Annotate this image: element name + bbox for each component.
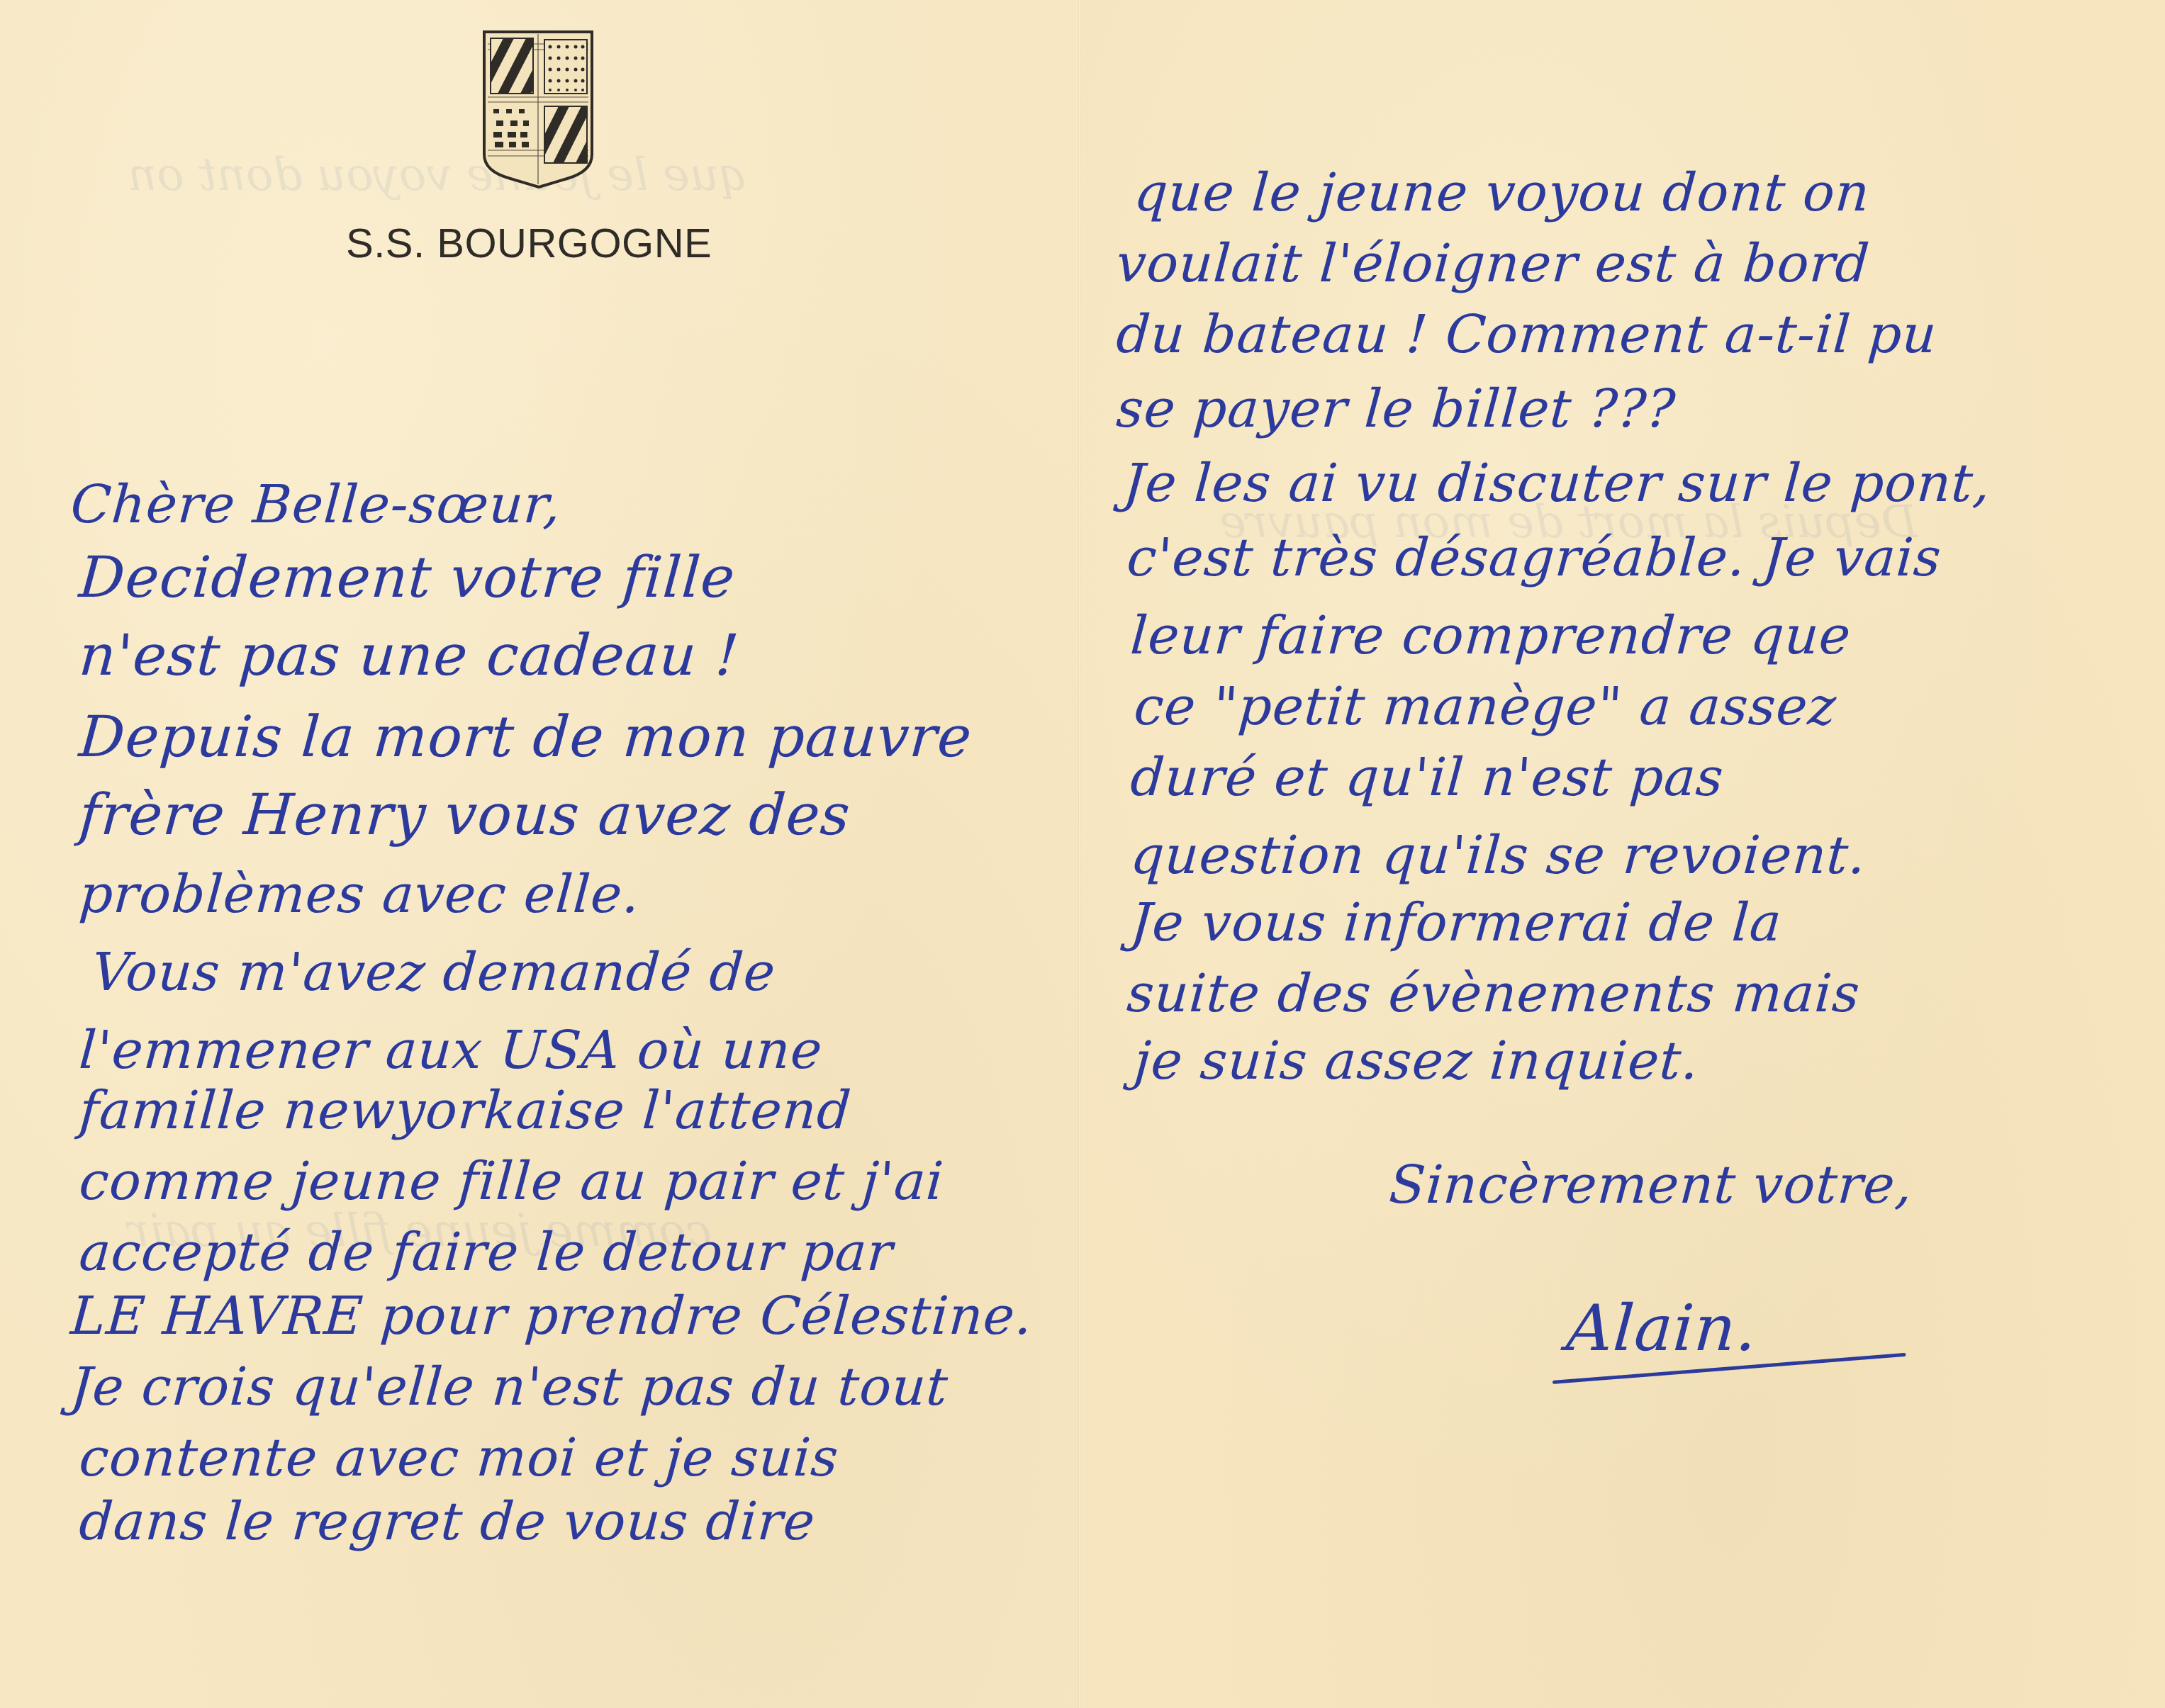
letter-line: c'est très désagréable. Je vais	[1125, 532, 1943, 584]
letter-line: frère Henry vous avez des	[77, 787, 852, 843]
letter-line: Vous m'avez demandé de	[90, 946, 777, 999]
letter-line: se payer le billet ???	[1114, 383, 1677, 435]
letter-line: ce "petit manège" a assez	[1132, 680, 1838, 733]
salutation: Chère Belle-sœur,	[69, 478, 563, 531]
signature: Alain.	[1565, 1297, 1760, 1361]
closing: Sincèrement votre,	[1387, 1159, 1914, 1211]
letter-line: comme jeune fille au pair et j'ai	[77, 1155, 945, 1208]
page-fold-seam	[1078, 0, 1080, 1708]
letter-line: suite des évènements mais	[1125, 967, 1862, 1020]
letter-line: duré et qu'il n'est pas	[1129, 751, 1725, 804]
letter-line: Je vous informerai de la	[1129, 897, 1783, 949]
letter-line: n'est pas une cadeau !	[77, 627, 741, 684]
letter-line: contente avec moi et je suis	[77, 1432, 840, 1484]
letter-line: famille newyorkaise l'attend	[77, 1084, 853, 1137]
coat-of-arms-shield-icon	[482, 30, 594, 190]
letter-line: leur faire comprendre que	[1129, 609, 1852, 662]
letter-line: je suis assez inquiet.	[1132, 1035, 1701, 1087]
letter-line: Depuis la mort de mon pauvre	[77, 709, 974, 765]
letter-line: voulait l'éloigner est à bord	[1114, 237, 1872, 290]
bleed-through-text: que le jeune voyou dont on	[128, 149, 748, 201]
ship-name-letterhead: S.S. BOURGOGNE	[346, 220, 771, 267]
letter-line: dans le regret de vous dire	[77, 1495, 817, 1548]
letter-line: accepté de faire le detour par	[77, 1226, 895, 1279]
letter-line: question qu'ils se revoient.	[1129, 829, 1868, 882]
letter-line: l'emmener aux USA où une	[77, 1024, 824, 1077]
letter-line: du bateau ! Comment a-t-il pu	[1114, 308, 1938, 361]
letter-line: que le jeune voyou dont on	[1132, 167, 1872, 219]
letter-line: Je crois qu'elle n'est pas du tout	[69, 1361, 950, 1413]
letter-line: Decidement votre fille	[77, 549, 737, 606]
letter-line: problèmes avec elle.	[77, 868, 642, 921]
letter-line: LE HAVRE pour prendre Célestine.	[69, 1290, 1034, 1342]
letter-line: Je les ai vu discuter sur le pont,	[1121, 457, 1992, 510]
